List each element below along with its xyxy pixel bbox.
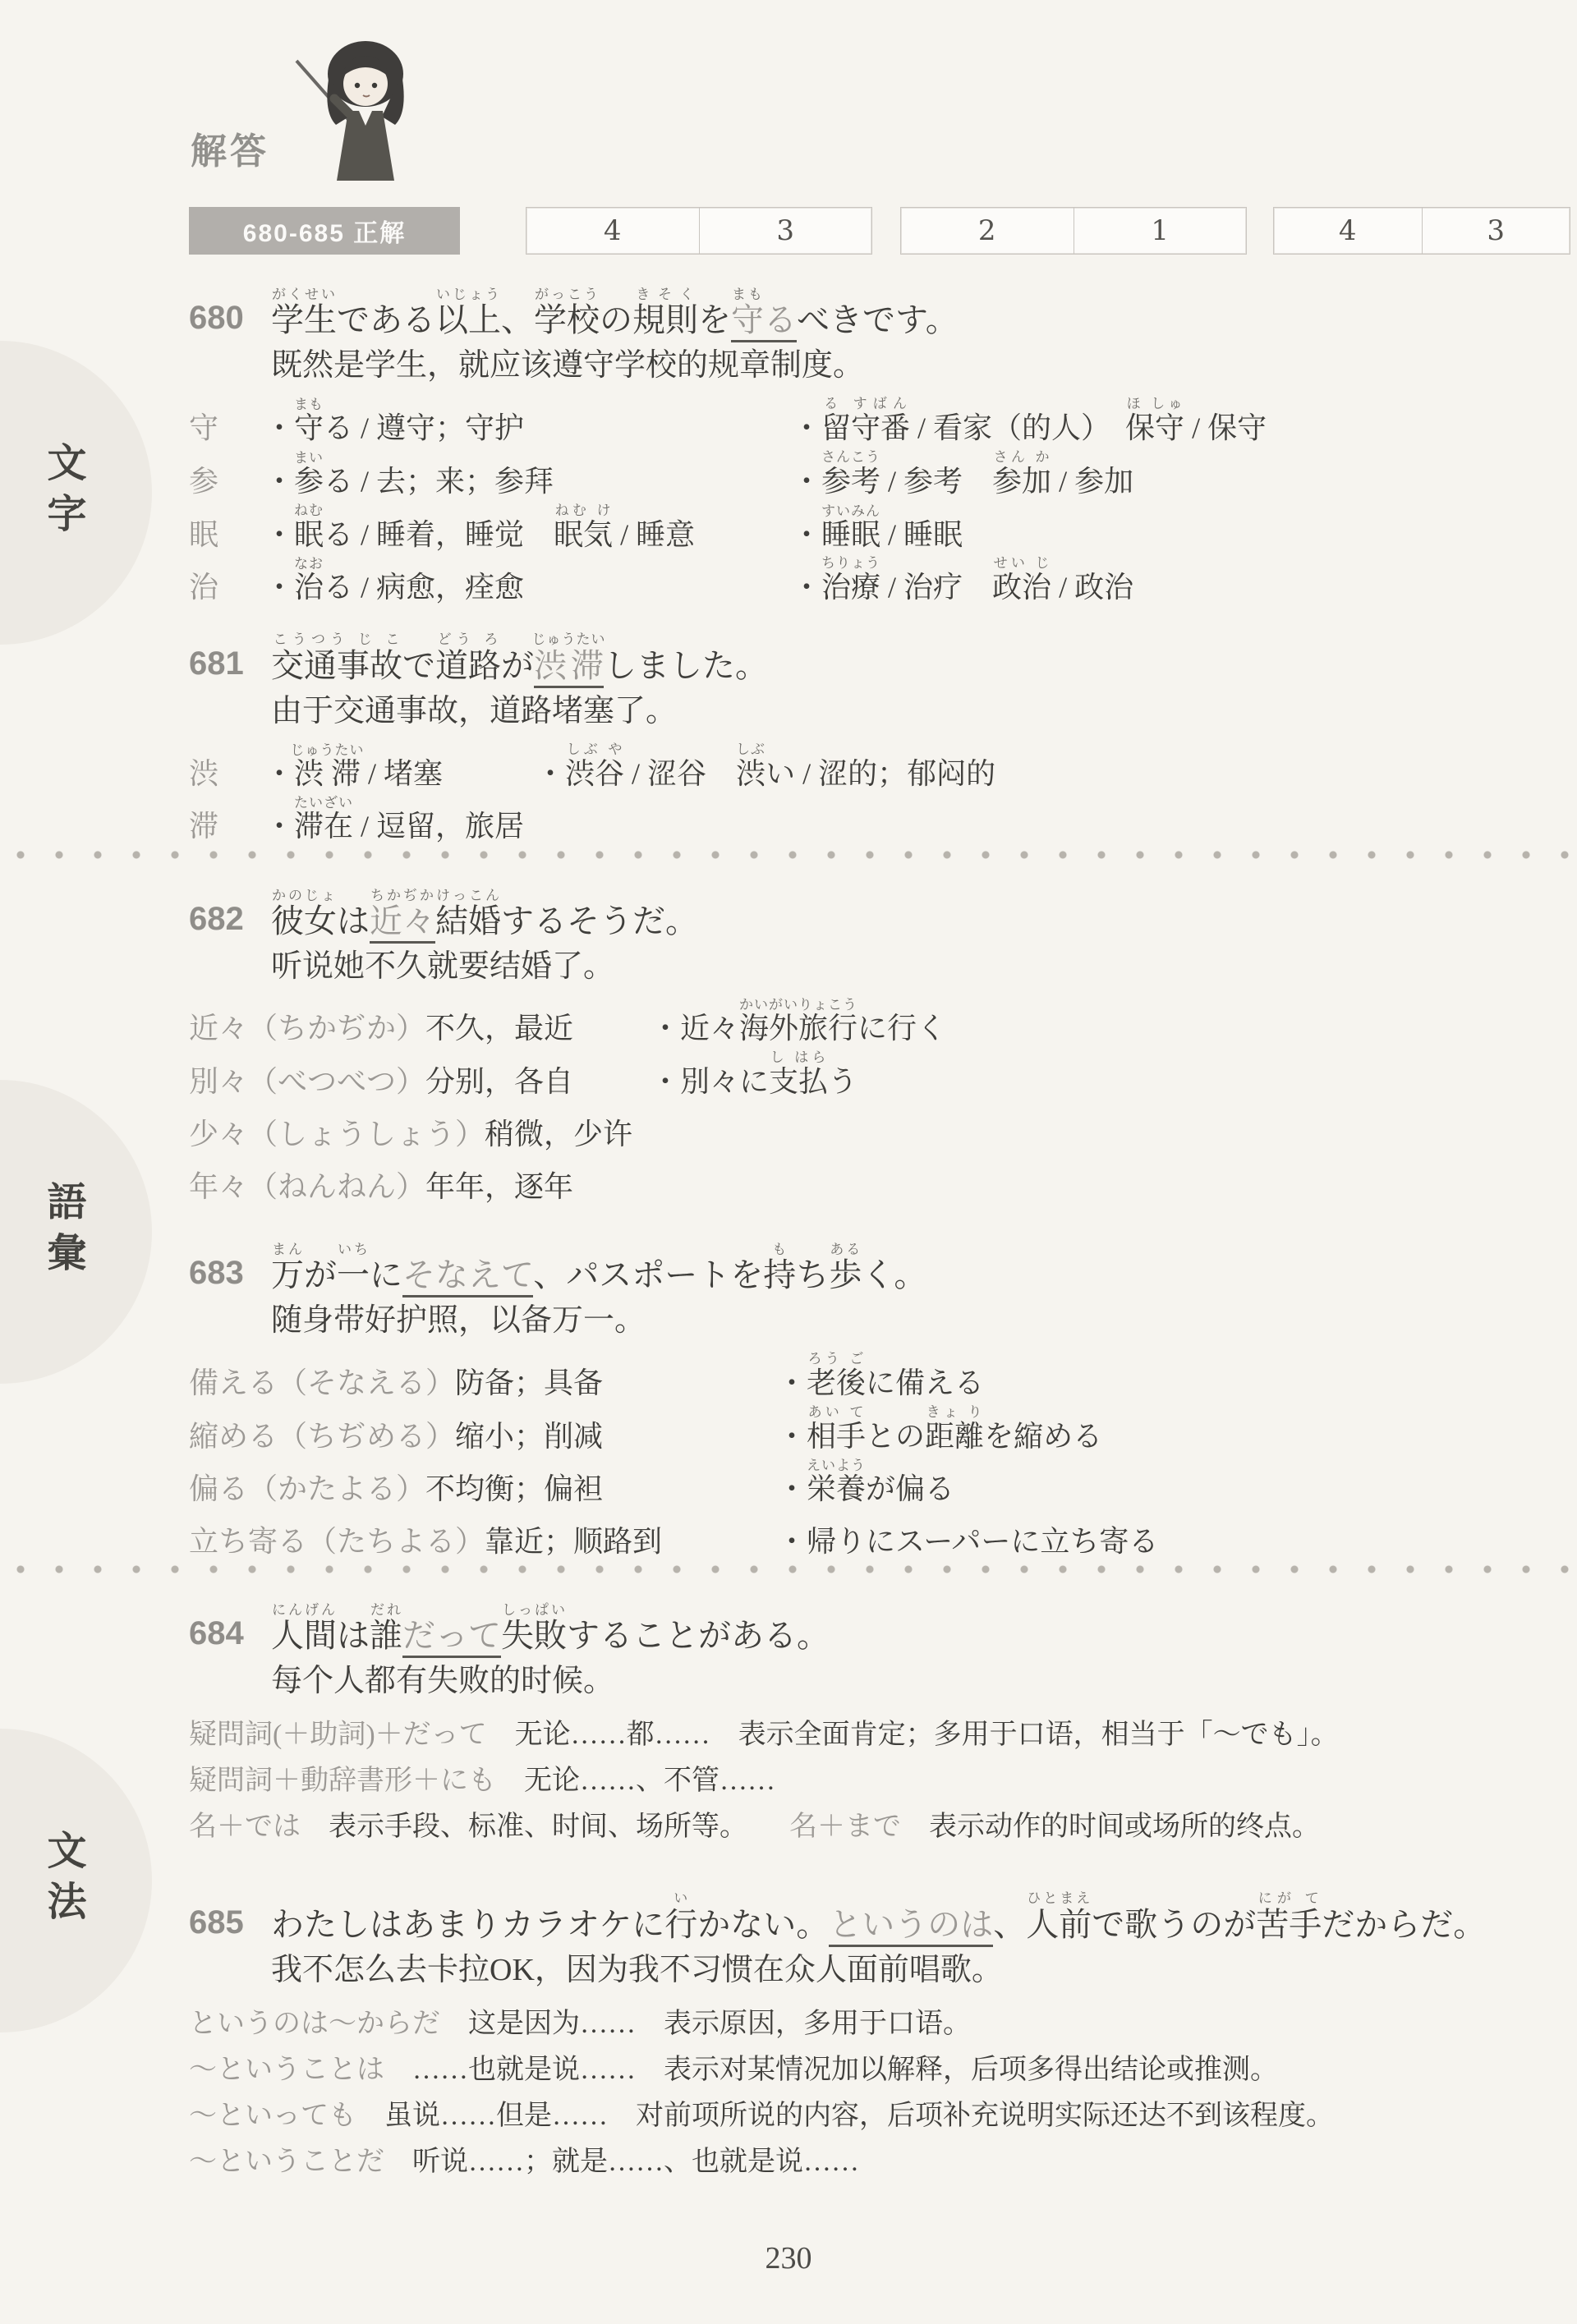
vocab-row: 近々（ちかぢか）不久，最近・近々海外旅行かいがいりょこうに行く [189,997,1569,1045]
question-heading: 680学生がくせいである以上いじょう、学校がっこうの規則きそくを守まもるべきです… [189,271,1569,337]
vocab-cell: 縮める（ちぢめる）缩小；削减 [189,1421,777,1453]
text: / 参加 [1051,465,1133,498]
text: る / 睡着，睡觉 [324,518,554,551]
vocab-cell: 偏る（かたよる）不均衡；偏袒 [189,1474,777,1505]
text-with-furigana: 相手あい て [807,1420,866,1453]
vocab-cell: 年々（ねんねん）年年，逐年 [189,1172,651,1203]
text: 近々（ちかぢか） [189,1012,425,1045]
text: ・ [264,810,294,843]
answer-group: 21 [900,207,1247,255]
vocab-row: 渋・渋滞じゅうたい / 堵塞・渋谷しぶ や / 涩谷 渋しぶい / 涩的；郁闷的 [189,742,1569,790]
text-with-furigana: 結婚けっこん [435,903,501,939]
text: い / 涩的；郁闷的 [766,757,995,790]
text-with-furigana: 近々ちかぢか [370,903,435,944]
text: 不均衡；偏袒 [425,1472,603,1505]
vocab-cell: ・渋谷しぶ や / 涩谷 渋しぶい / 涩的；郁闷的 [536,742,995,790]
answer-value: 2 [901,208,1074,254]
question-heading: 681交通事故こうつう じ こで道路どう ろが渋滞じゅうたいしました。 [189,617,1569,682]
vocab-cell: ～ということだ 听说……；就是……、也就是说…… [189,2147,859,2177]
vocab-row: 少々（しょうしょう）稍微，少许 [189,1103,1569,1151]
grammar-row: 疑問詞(＋助詞)＋だって 无论……都…… 表示全面肯定；多用于口语，相当于「～で… [189,1711,1569,1749]
text-with-furigana: 参加さん か [992,465,1051,498]
vocab-cell: ・守まもる / 遵守；守护 [264,397,792,444]
text: る / 去；来；参拜 [324,465,554,498]
grammar-row: 名＋では 表示手段、标准、时间、场所等。 名＋まで 表示动作的时间或场所的终点。 [189,1803,1569,1841]
page-number: 230 [0,2240,1577,2276]
text: ・ [777,1366,807,1399]
dotted-divider [16,1565,1569,1573]
text: ～ということだ [189,2147,384,2177]
text: は [337,903,370,939]
text: に [370,1256,402,1293]
question-number: 685 [189,1904,271,1941]
text: 渋 [189,757,218,790]
vocab-cell: 名＋では 表示手段、标准、时间、场所等。 名＋まで 表示动作的时间或场所的终点。 [189,1812,1320,1842]
vocab-headword: 参 [189,466,264,498]
questions-area: 680学生がくせいである以上いじょう、学校がっこうの規則きそくを守まもるべきです… [189,271,1569,2184]
vocab-row: 縮める（ちぢめる）缩小；削减・相手あい てとの距離きょ りを縮める [189,1404,1569,1453]
text: る / 遵守；守护 [324,411,524,444]
vocab-row: 備える（そなえる）防备；具备・老後ろう ごに備える [189,1351,1569,1399]
text: 偏る（かたよる） [189,1472,425,1505]
question-number: 683 [189,1255,271,1292]
side-tab-moji-label: 文字 [34,442,91,544]
text: 靠近；顺路到 [485,1525,662,1558]
text: る [764,301,797,342]
vocab-row: 参・参まいる / 去；来；参拜・参考さんこう / 参考 参加さん か / 参加 [189,449,1569,498]
text: ・別々に [651,1065,769,1098]
text: 立ち寄る（たちよる） [189,1525,485,1558]
question-translation: 随身带好护照，以备万一。 [189,1300,1569,1341]
text: 疑問詞＋動辞書形＋にも [189,1766,496,1796]
vocab-cell: ・別々に支払し はらう [651,1049,857,1098]
text-with-furigana: 支払し はら [769,1065,828,1098]
text: 別々（べつべつ） [189,1065,425,1098]
text: / 参考 [880,465,992,498]
vocab-cell: ～ということは ……也就是说…… 表示对某情况加以解释，后项多得出结论或推测。 [189,2055,1278,2085]
text: 表示手段、标准、时间、场所等。 [301,1812,789,1842]
vocab-cell: 備える（そなえる）防备；具备 [189,1368,777,1399]
vocab-row: 治・治なおる / 病愈，痊愈・治療ちりょう / 治疗 政治せい じ / 政治 [189,555,1569,604]
text-with-furigana: 守まも [731,301,764,342]
vocab-cell: ・渋滞じゅうたい / 堵塞 [264,742,536,790]
text: だからだ。 [1322,1906,1486,1943]
vocab-row: 偏る（かたよる）不均衡；偏袒・栄養えいようが偏る [189,1457,1569,1504]
question-680: 680学生がくせいである以上いじょう、学校がっこうの規則きそくを守まもるべきです… [189,271,1569,604]
vocab-cell: ～といっても 虽说……但是…… 对前项所说的内容，后项补充说明实际还达不到该程度… [189,2101,1334,2131]
question-heading: 683万まんが一いちにそなえて、パスポートを持もち歩あるく。 [189,1226,1569,1292]
text: 无论……都…… 表示全面肯定；多用于口语，相当于「～でも」。 [487,1720,1339,1750]
text: 、 [501,301,534,338]
text: 少々（しょうしょう） [189,1118,485,1151]
answer-value: 4 [1274,208,1422,254]
text: ・ [792,411,821,444]
question-sentence: 学生がくせいである以上いじょう、学校がっこうの規則きそくを守まもるべきです。 [271,287,959,337]
text: の [600,301,632,338]
question-sentence: 万まんが一いちにそなえて、パスポートを持もち歩あるく。 [271,1242,926,1292]
grammar-list: というのは～からだ 这是因为…… 表示原因，多用于口语。～ということは ……也就… [189,2000,1569,2176]
question-heading: 684人間にんげんは誰だれだって失敗しっぱいすることがある。 [189,1587,1569,1652]
text-with-furigana: 失敗しっぱい [501,1617,567,1654]
vocab-list: 近々（ちかぢか）不久，最近・近々海外旅行かいがいりょこうに行く別々（べつべつ）分… [189,997,1569,1203]
question-number: 681 [189,645,271,682]
text: ・近々 [651,1012,739,1045]
text-with-furigana: 参考さんこう [821,465,880,498]
text: ・帰りにスーパーに立ち寄る [777,1525,1158,1558]
text-with-furigana: 彼女かのじょ [271,903,337,939]
text: 防备；具备 [455,1366,603,1399]
grammar-row: というのは～からだ 这是因为…… 表示原因，多用于口语。 [189,2000,1569,2038]
text: することがある。 [567,1617,830,1654]
text: 、 [993,1906,1026,1943]
text: く。 [862,1256,926,1293]
vocab-cell: ・参まいる / 去；来；参拜 [264,450,792,498]
text-with-furigana: 治療ちりょう [821,571,880,604]
question-heading: 682彼女かのじょは近々ちかぢか結婚けっこんするそうだ。 [189,872,1569,938]
answer-value: 1 [1074,208,1247,254]
text: ……也就是说…… 表示对某情况加以解释，后项多得出结论或推测。 [384,2055,1278,2085]
answer-group: 43 [1273,207,1570,255]
vocab-cell: 疑問詞＋動辞書形＋にも 无论……、不管…… [189,1766,775,1796]
vocab-cell: ・帰りにスーパーに立ち寄る [777,1527,1158,1558]
vocab-row: 滞・滞在たいざい / 逗留，旅居 [189,795,1569,843]
vocab-headword: 眠 [189,520,264,551]
side-tab-bunpo: 文法 [0,1729,152,2032]
text: が [501,647,534,684]
text: 名＋では [189,1812,301,1842]
text-with-furigana: 持も [763,1256,796,1293]
text: / 涩谷 [624,757,736,790]
text-with-furigana: 眠気ねむ け [554,518,613,551]
text: が偏る [866,1472,954,1505]
question-sentence: わたしはあまりカラオケに行いかない。というのは、人前ひとまえで歌うのが苦手にが … [271,1890,1486,1941]
question-sentence: 交通事故こうつう じ こで道路どう ろが渋滞じゅうたいしました。 [271,632,768,682]
text: 眠 [189,518,218,551]
vocab-cell: 別々（べつべつ）分别，各自 [189,1067,651,1098]
vocab-list: 備える（そなえる）防备；具备・老後ろう ごに備える縮める（ちぢめる）缩小；削减・… [189,1351,1569,1558]
answer-value: 3 [699,208,872,254]
text-with-furigana: 渋しぶ [736,757,766,790]
text: 稍微，少许 [485,1118,632,1151]
text-with-furigana: 渋滞じゅうたい [534,647,604,688]
text-with-furigana: 渋滞じゅうたい [294,757,361,790]
vocab-headword: 渋 [189,759,264,790]
text: である [337,301,435,338]
text: ち [796,1256,829,1293]
text-with-furigana: 規則きそく [632,301,698,338]
question-translation: 我不怎么去卡拉OK，因为我不习惯在众人面前唱歌。 [189,1950,1569,1991]
text: ・ [792,465,821,498]
text: 年々（ねんねん） [189,1170,425,1203]
vocab-cell: 少々（しょうしょう）稍微，少许 [189,1119,651,1151]
text: 治 [189,571,218,604]
text: / 政治 [1051,571,1133,604]
answer-value: 4 [526,208,699,254]
side-tab-bunpo-label: 文法 [34,1830,91,1931]
vocab-cell: ・老後ろう ごに備える [777,1351,984,1399]
answer-values: 432143 [460,207,1570,255]
question-683: 683万まんが一いちにそなえて、パスポートを持もち歩あるく。随身带好护照，以备万… [189,1226,1569,1558]
answer-group: 43 [526,207,872,255]
text-with-furigana: 老後ろう ご [807,1366,866,1399]
text: 缩小；削减 [455,1420,603,1453]
teacher-illustration [283,31,439,195]
vocab-cell: 立ち寄る（たちよる）靠近；顺路到 [189,1527,777,1558]
question-heading: 685わたしはあまりカラオケに行いかない。というのは、人前ひとまえで歌うのが苦手… [189,1876,1569,1941]
text: に備える [866,1366,984,1399]
text: 这是因为…… 表示原因，多用于口语。 [440,2009,971,2039]
vocab-row: 年々（ねんねん）年年，逐年 [189,1155,1569,1203]
vocab-cell: ・相手あい てとの距離きょ りを縮める [777,1404,1102,1453]
question-685: 685わたしはあまりカラオケに行いかない。というのは、人前ひとまえで歌うのが苦手… [189,1876,1569,2176]
text: ・ [536,757,565,790]
answer-value: 3 [1422,208,1570,254]
side-tab-goi: 語彙 [0,1080,152,1384]
text-with-furigana: 海外旅行かいがいりょこう [739,1012,857,1045]
grammar-row: ～ということは ……也就是说…… 表示对某情况加以解释，后项多得出结论或推测。 [189,2046,1569,2084]
text: 听说……；就是……、也就是说…… [384,2147,859,2177]
grammar-list: 疑問詞(＋助詞)＋だって 无论……都…… 表示全面肯定；多用于口语，相当于「～で… [189,1711,1569,1841]
question-sentence: 人間にんげんは誰だれだって失敗しっぱいすることがある。 [271,1602,830,1652]
question-682: 682彼女かのじょは近々ちかぢか結婚けっこんするそうだ。听说她不久就要结婚了。近… [189,872,1569,1203]
text: しました。 [604,647,768,684]
text-with-furigana: 睡眠すいみん [821,518,880,551]
text: との [866,1420,925,1453]
text: ・ [792,571,821,604]
text-with-furigana: 栄養えいよう [807,1472,866,1505]
text-with-furigana: 以上いじょう [435,301,501,338]
vocab-row: 別々（べつべつ）分别，各自・別々に支払し はらう [189,1049,1569,1098]
vocab-headword: 滞 [189,811,264,843]
text: で [402,647,435,684]
text: 无论……、不管…… [496,1766,775,1796]
vocab-cell: ・眠ねむる / 睡着，睡觉 眠気ねむ け / 睡意 [264,503,792,551]
text: 不久，最近 [425,1012,573,1045]
text-with-furigana: 一いち [337,1256,370,1293]
text-with-furigana: 道路どう ろ [435,647,501,684]
text: / 堵塞 [361,757,443,790]
grammar-row: 疑問詞＋動辞書形＋にも 无论……、不管…… [189,1757,1569,1795]
vocab-row: 眠・眠ねむる / 睡着，睡觉 眠気ねむ け / 睡意・睡眠すいみん / 睡眠 [189,503,1569,551]
text: / 治疗 [880,571,992,604]
side-tab-moji: 文字 [0,341,152,645]
text: 縮める（ちぢめる） [189,1420,455,1453]
text: に行く [857,1012,946,1045]
text: 備える（そなえる） [189,1366,455,1399]
text-with-furigana: 学校がっこう [534,301,600,338]
text: かない。 [697,1906,829,1943]
text-with-furigana: 万まん [271,1256,304,1293]
question-translation: 由于交通事故，道路堵塞了。 [189,691,1569,732]
text: / 看家（的人） [910,411,1125,444]
vocab-cell: ・滞在たいざい / 逗留，旅居 [264,795,536,843]
text-with-furigana: 人前ひとまえ [1026,1906,1092,1943]
text: が [304,1256,337,1293]
text-with-furigana: 学生がくせい [271,301,337,338]
text: だって [402,1617,501,1658]
text: で歌うのが [1092,1906,1256,1943]
text: 名＋まで [789,1812,901,1842]
text-with-furigana: 行い [664,1906,697,1943]
question-translation: 每个人都有失败的时候。 [189,1660,1569,1702]
question-translation: 既然是学生，就应该遵守学校的规章制度。 [189,345,1569,386]
text-with-furigana: 歩ある [829,1256,862,1293]
vocab-headword: 治 [189,572,264,604]
text: ・ [264,518,294,551]
text: ・ [264,571,294,604]
vocab-cell: ・参考さんこう / 参考 参加さん か / 参加 [792,449,1133,498]
text: ・ [264,411,294,444]
text-with-furigana: 眠ねむ [294,518,324,551]
text: ・ [792,518,821,551]
vocab-row: 守・守まもる / 遵守；守护・留守番る すばん / 看家（的人） 保守ほ しゅ … [189,396,1569,444]
text-with-furigana: 人間にんげん [271,1617,337,1654]
vocab-cell: ・治療ちりょう / 治疗 政治せい じ / 政治 [792,555,1133,604]
vocab-cell: ・睡眠すいみん / 睡眠 [792,503,963,551]
text: 年年，逐年 [425,1170,573,1203]
text-with-furigana: 誰だれ [370,1617,402,1654]
text-with-furigana: 距離きょ り [925,1420,984,1453]
grammar-row: ～といっても 虽说……但是…… 对前项所说的内容，后项补充说明实际还达不到该程度… [189,2092,1569,2130]
vocab-list: 渋・渋滞じゅうたい / 堵塞・渋谷しぶ や / 涩谷 渋しぶい / 涩的；郁闷的… [189,742,1569,843]
text: 参 [189,465,218,498]
dotted-divider [16,851,1569,859]
vocab-cell: 近々（ちかぢか）不久，最近 [189,1013,651,1045]
question-681: 681交通事故こうつう じ こで道路どう ろが渋滞じゅうたいしました。由于交通事… [189,617,1569,843]
text-with-furigana: 留守番る すばん [821,411,910,444]
text: ～ということは [189,2055,384,2085]
text: というのは [829,1906,993,1947]
text: / 睡意 [613,518,695,551]
vocab-cell: ・栄養えいようが偏る [777,1458,954,1505]
text: というのは～からだ [189,2009,440,2039]
vocab-cell: ・留守番る すばん / 看家（的人） 保守ほ しゅ / 保守 [792,396,1267,444]
text-with-furigana: 政治せい じ [992,571,1051,604]
text-with-furigana: 治なお [294,571,324,604]
text: ・ [777,1472,807,1505]
question-number: 680 [189,300,271,337]
answer-range-label: 680-685 正解 [189,207,460,255]
text-with-furigana: 交通事故こうつう じ こ [271,647,402,684]
answer-key-bar: 680-685 正解 432143 [189,207,1570,255]
textbook-answer-page: 文字 語彙 文法 解答 680-685 正解 432143 680学生がくせいで… [0,0,1577,2324]
text: するそうだ。 [501,903,698,939]
text: 表示动作的时间或场所的终点。 [901,1812,1320,1842]
text: 守 [189,411,218,444]
text: 疑問詞(＋助詞)＋だって [189,1720,487,1750]
vocab-cell: 疑問詞(＋助詞)＋だって 无论……都…… 表示全面肯定；多用于口语，相当于「～で… [189,1720,1339,1750]
text: ～といっても [189,2101,356,2131]
question-sentence: 彼女かのじょは近々ちかぢか結婚けっこんするそうだ。 [271,888,698,938]
vocab-row: 立ち寄る（たちよる）靠近；顺路到・帰りにスーパーに立ち寄る [189,1509,1569,1557]
text-with-furigana: 滞在たいざい [294,810,353,843]
vocab-list: 守・守まもる / 遵守；守护・留守番る すばん / 看家（的人） 保守ほ しゅ … [189,396,1569,604]
text: そなえて [402,1256,533,1297]
question-translation: 听说她不久就要结婚了。 [189,946,1569,987]
text: 虽说……但是…… 对前项所说的内容，后项补充说明实际还达不到该程度。 [356,2101,1334,2131]
text: を [698,301,731,338]
text-with-furigana: 参まい [294,465,324,498]
text: ・ [264,757,294,790]
text: は [337,1617,370,1654]
text-with-furigana: 保守ほ しゅ [1125,411,1184,444]
text: べきです。 [797,301,959,338]
vocab-cell: というのは～からだ 这是因为…… 表示原因，多用于口语。 [189,2009,971,2039]
text-with-furigana: 渋谷しぶ や [565,757,624,790]
text: 、パスポートを [533,1256,763,1293]
question-number: 684 [189,1615,271,1652]
side-tab-goi-label: 語彙 [34,1181,91,1283]
vocab-cell: ・治なおる / 病愈，痊愈 [264,556,792,604]
text: を縮める [984,1420,1102,1453]
text: ・ [264,465,294,498]
text-with-furigana: 守まも [294,411,324,444]
vocab-headword: 守 [189,413,264,444]
grammar-row: ～ということだ 听说……；就是……、也就是说…… [189,2138,1569,2176]
text: ・ [777,1420,807,1453]
text: わたしはあまりカラオケに [271,1906,664,1943]
text: う [828,1065,857,1098]
text: / 保守 [1184,411,1267,444]
text-with-furigana: 苦手にが て [1256,1906,1322,1943]
text: 滞 [189,810,218,843]
vocab-cell: ・近々海外旅行かいがいりょこうに行く [651,997,946,1045]
question-684: 684人間にんげんは誰だれだって失敗しっぱいすることがある。每个人都有失败的时候… [189,1587,1569,1841]
text: / 睡眠 [880,518,963,551]
text: る / 病愈，痊愈 [324,571,524,604]
text: 分别，各自 [425,1065,573,1098]
answers-heading: 解答 [191,122,269,174]
question-number: 682 [189,901,271,938]
text: / 逗留，旅居 [353,810,524,843]
